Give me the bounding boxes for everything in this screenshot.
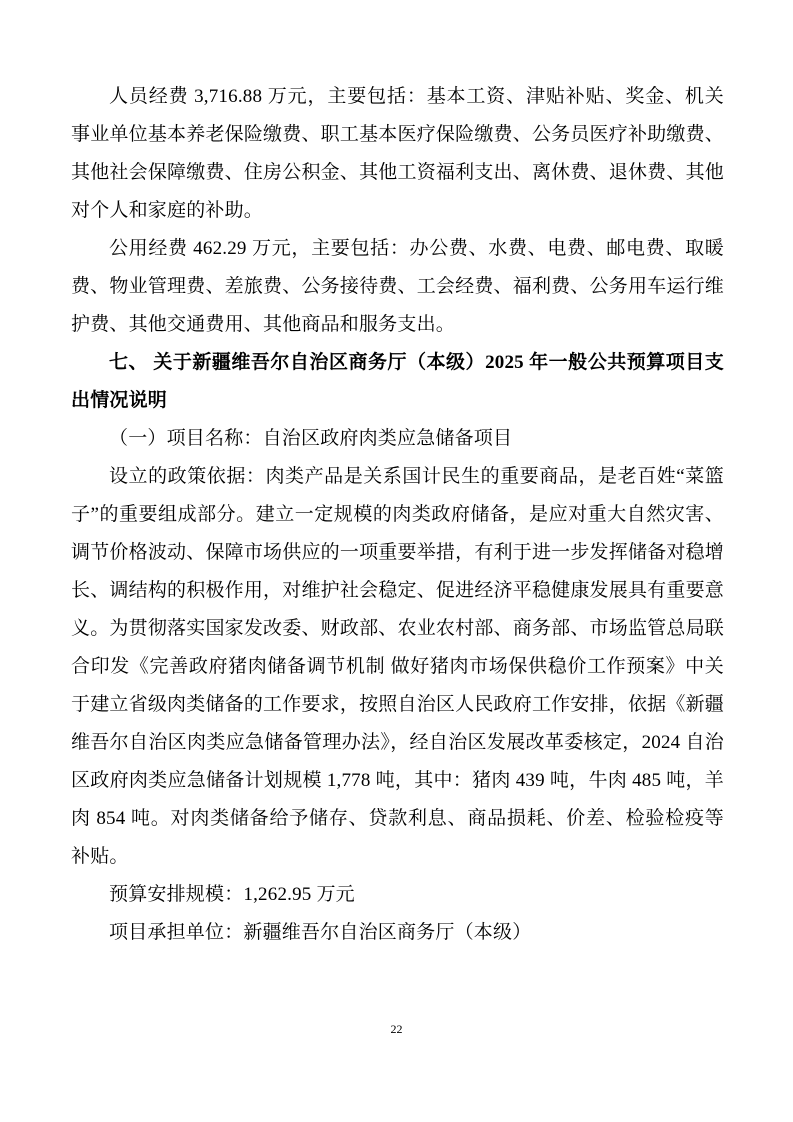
page-footer: 22	[0, 1020, 793, 1038]
section-heading-seven: 七、 关于新疆维吾尔自治区商务厅（本级）2025 年一般公共预算项目支出情况说明	[71, 344, 724, 420]
paragraph-personnel-expenses: 人员经费 3,716.88 万元，主要包括：基本工资、津贴补贴、奖金、机关事业单…	[71, 78, 724, 230]
paragraph-budget-scale: 预算安排规模：1,262.95 万元	[71, 876, 724, 914]
page-number: 22	[391, 1022, 403, 1036]
paragraph-public-expenses: 公用经费 462.29 万元，主要包括：办公费、水费、电费、邮电费、取暖费、物业…	[71, 230, 724, 344]
paragraph-project-name: （一）项目名称：自治区政府肉类应急储备项目	[71, 420, 724, 458]
paragraph-policy-basis: 设立的政策依据：肉类产品是关系国计民生的重要商品，是老百姓“菜篮子”的重要组成部…	[71, 458, 724, 876]
paragraph-undertaking-unit: 项目承担单位：新疆维吾尔自治区商务厅（本级）	[71, 914, 724, 952]
document-page: 人员经费 3,716.88 万元，主要包括：基本工资、津贴补贴、奖金、机关事业单…	[0, 0, 793, 1122]
document-body: 人员经费 3,716.88 万元，主要包括：基本工资、津贴补贴、奖金、机关事业单…	[71, 78, 724, 952]
